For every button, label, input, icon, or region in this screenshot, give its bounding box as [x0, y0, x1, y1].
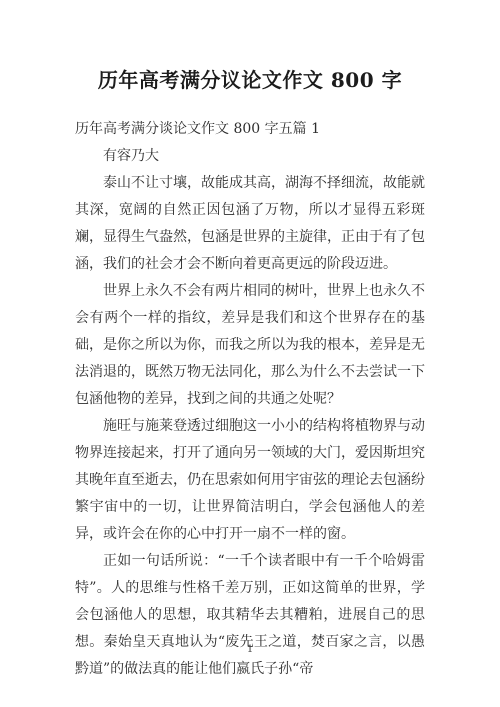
document-page: 历年高考满分议论文作文 800 字 历年高考满分谈论文作文 800 字五篇 1 … [0, 0, 500, 707]
essay-paragraph-2: 世界上永久不会有两片相同的树叶，世界上也永久不会有两个一样的指纹，差异是我们和这… [75, 278, 425, 413]
document-title: 历年高考满分议论文作文 800 字 [40, 66, 460, 94]
essay-paragraph-1: 泰山不让寸壤，故能成其高，湖海不择细流，故能就其深，宽阔的自然正因包涵了万物，所… [75, 170, 425, 278]
page-number: 1 [0, 644, 500, 655]
document-body: 历年高考满分谈论文作文 800 字五篇 1 有容乃大 泰山不让寸壤，故能成其高，… [75, 116, 425, 683]
essay-paragraph-4: 正如一句话所说：“一千个读者眼中有一千个哈姆雷特”。人的思维与性格千差万别，正如… [75, 548, 425, 683]
essay-heading: 有容乃大 [75, 143, 425, 170]
essay-paragraph-3: 施旺与施莱登透过细胞这一小小的结构将植物界与动物界连接起来，打开了通向另一领域的… [75, 413, 425, 548]
document-subtitle: 历年高考满分谈论文作文 800 字五篇 1 [75, 116, 425, 143]
